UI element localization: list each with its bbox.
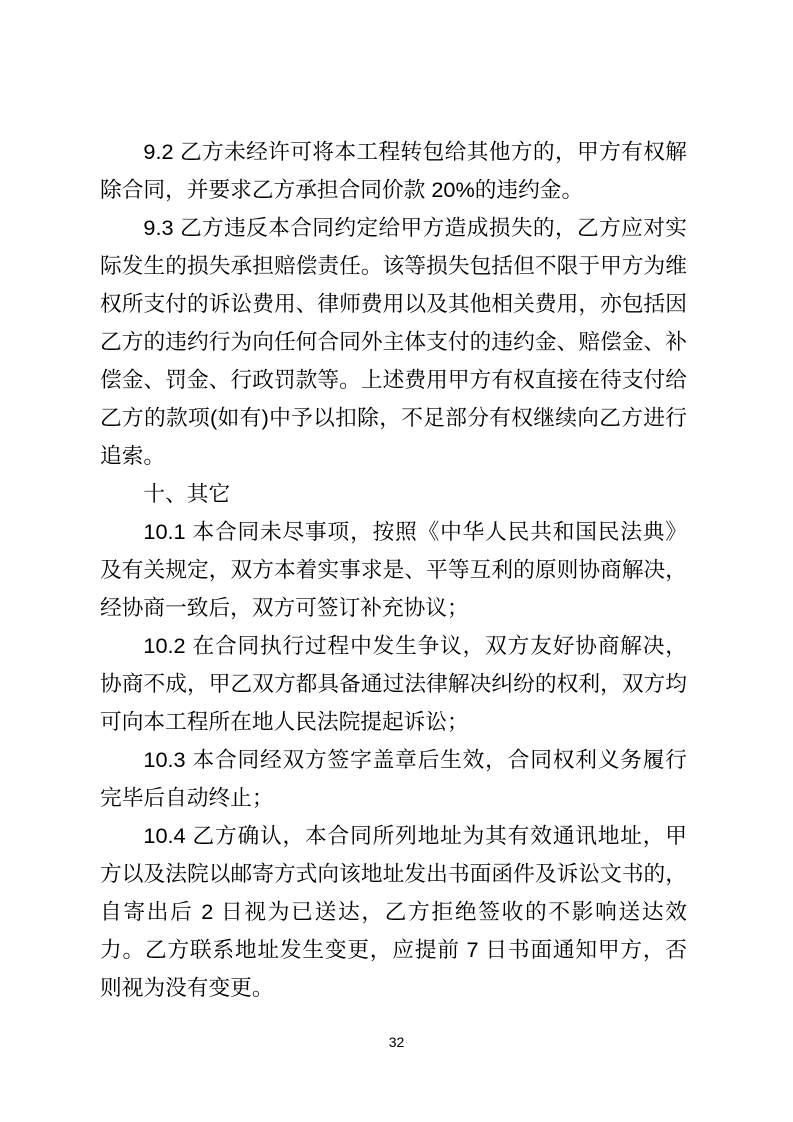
clause-10-3: 10.3 本合同经双方签字盖章后生效，合同权利义务履行完毕后自动终止； — [100, 741, 687, 817]
clause-9-3: 9.3 乙方违反本合同约定给甲方造成损失的，乙方应对实际发生的损失承担赔偿责任。… — [100, 209, 687, 475]
page-footer: 32 — [0, 1032, 793, 1052]
clause-10-4: 10.4 乙方确认，本合同所列地址为其有效通讯地址，甲方以及法院以邮寄方式向该地… — [100, 817, 687, 1007]
section-10-heading: 十、其它 — [100, 475, 687, 513]
clause-10-2: 10.2 在合同执行过程中发生争议，双方友好协商解决，协商不成，甲乙双方都具备通… — [100, 627, 687, 741]
document-page: 9.2 乙方未经许可将本工程转包给其他方的，甲方有权解除合同，并要求乙方承担合同… — [0, 0, 793, 1122]
clause-10-1: 10.1 本合同未尽事项，按照《中华人民共和国民法典》及有关规定，双方本着实事求… — [100, 513, 687, 627]
clause-9-2: 9.2 乙方未经许可将本工程转包给其他方的，甲方有权解除合同，并要求乙方承担合同… — [100, 133, 687, 209]
contract-text-block: 9.2 乙方未经许可将本工程转包给其他方的，甲方有权解除合同，并要求乙方承担合同… — [100, 133, 687, 1007]
page-number: 32 — [389, 1034, 405, 1050]
